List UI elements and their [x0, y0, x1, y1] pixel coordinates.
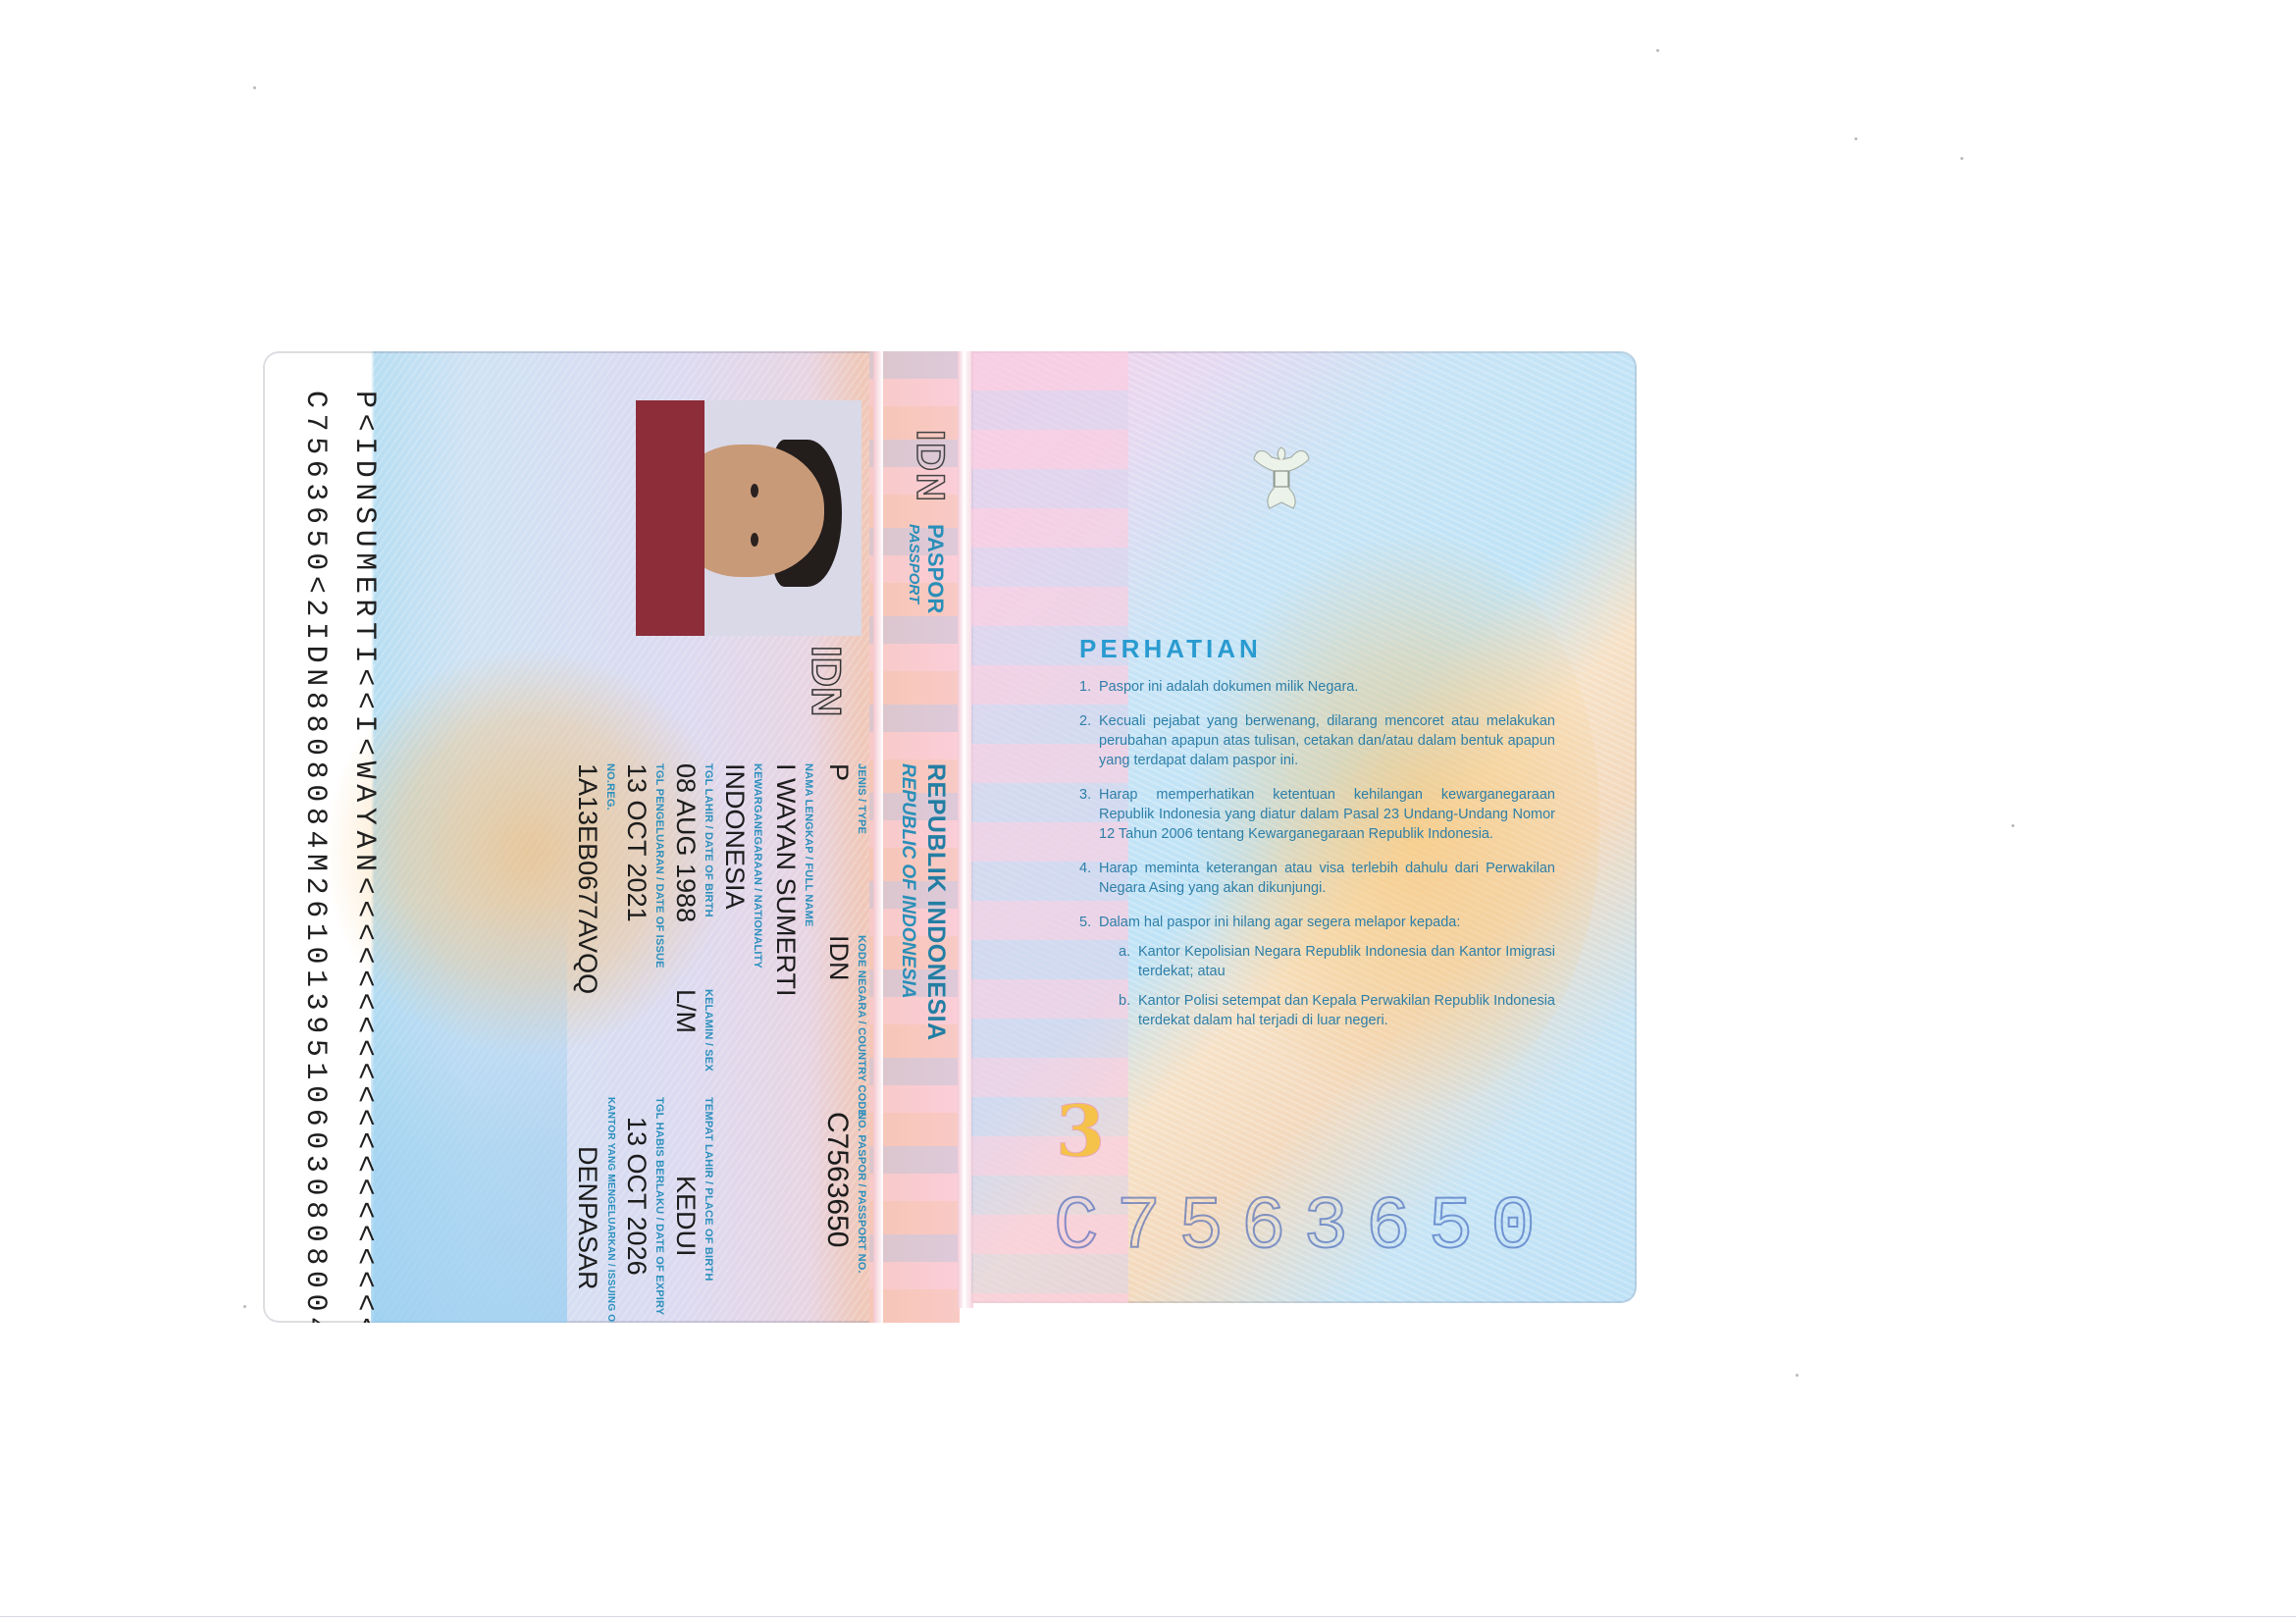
- observation-item: 3. Harap memperhatikan ketentuan kehilan…: [1079, 785, 1555, 844]
- scan-speck: [243, 1305, 246, 1308]
- label-nationality: KEWARGANEGARAAN / NATIONALITY: [752, 763, 763, 969]
- value-country-code: IDN: [823, 935, 854, 981]
- label-country-code: KODE NEGARA / COUNTRY CODE: [856, 935, 867, 1117]
- value-type: P: [823, 763, 854, 781]
- label-sex: KELAMIN / SEX: [703, 989, 714, 1072]
- scan-speck: [2011, 824, 2014, 827]
- observation-item: 2. Kecuali pejabat yang berwenang, dilar…: [1079, 711, 1555, 770]
- watermark-code: IDN: [908, 430, 952, 503]
- item-text: Kecuali pejabat yang berwenang, dilarang…: [1099, 713, 1555, 768]
- observations-page: PERHATIAN 1. Paspor ini adalah dokumen m…: [971, 351, 1637, 1303]
- value-place-of-birth: KEDUI: [670, 1176, 701, 1257]
- photo-shirt: [636, 400, 704, 636]
- item-text: Dalam hal paspor ini hilang agar segera …: [1099, 915, 1460, 930]
- mrz-line-2: C7563650<2IDN8808084M2610139510603080800…: [298, 391, 332, 1323]
- observation-subitem: b. Kantor Polisi setempat dan Kepala Per…: [1099, 991, 1555, 1030]
- item-number: 4.: [1079, 859, 1091, 878]
- item-number: 5.: [1079, 913, 1091, 932]
- photo-eye: [751, 484, 758, 497]
- page-number: 3: [1056, 1089, 1105, 1173]
- observation-item: 5. Dalam hal paspor ini hilang agar sege…: [1079, 913, 1555, 1030]
- scan-speck: [1796, 1374, 1799, 1377]
- garuda-emblem-icon: [1250, 438, 1313, 516]
- label-reg-no: NO.REG.: [604, 763, 616, 811]
- item-number: 3.: [1079, 785, 1091, 805]
- scan-speck: [1854, 137, 1857, 140]
- label-place-of-birth: TEMPAT LAHIR / PLACE OF BIRTH: [703, 1097, 714, 1282]
- item-text: Paspor ini adalah dokumen milik Negara.: [1099, 679, 1358, 695]
- photo-country-code: IDN: [803, 646, 850, 716]
- mrz-line-1: P<IDNSUMERTI<<I<WAYAN<<<<<<<<<<<<<<<<<<<…: [347, 391, 381, 1323]
- value-full-name: I WAYAN SUMERTI: [770, 763, 801, 997]
- document-type-subtitle: PASSPORT: [906, 524, 922, 603]
- value-passport-no: C7563650: [820, 1112, 854, 1247]
- value-issuing-office: DENPASAR: [572, 1146, 602, 1290]
- item-number: 1.: [1079, 677, 1091, 697]
- label-date-of-expiry: TGL HABIS BERLAKU / DATE OF EXPIRY: [653, 1097, 665, 1315]
- holder-photo: [636, 400, 861, 636]
- observations-list: 1. Paspor ini adalah dokumen milik Negar…: [1079, 677, 1555, 1045]
- scan-edge-line: [0, 1616, 2296, 1617]
- label-full-name: NAMA LENGKAP / FULL NAME: [803, 763, 814, 927]
- photo-eye: [751, 533, 758, 547]
- scan-speck: [1656, 49, 1659, 52]
- scan-speck: [1960, 157, 1963, 160]
- value-date-of-expiry: 13 OCT 2026: [621, 1117, 652, 1276]
- value-date-of-birth: 08 AUG 1988: [670, 763, 701, 922]
- label-date-of-birth: TGL LAHIR / DATE OF BIRTH: [703, 763, 714, 917]
- label-type: JENIS / TYPE: [856, 763, 867, 834]
- observation-item: 1. Paspor ini adalah dokumen milik Negar…: [1079, 677, 1555, 697]
- subitem-letter: a.: [1119, 942, 1130, 962]
- passport-booklet: IDN PASPOR PASSPORT REPUBLIK INDONESIA R…: [263, 351, 1637, 1323]
- scan-speck: [253, 86, 256, 89]
- label-passport-no: NO. PASPOR / PASSPORT NO.: [856, 1112, 867, 1274]
- observation-subitem: a. Kantor Kepolisian Negara Republik Ind…: [1099, 942, 1555, 981]
- guilloche-background: [371, 901, 567, 1323]
- issuing-country-subtitle: REPUBLIC OF INDONESIA: [897, 763, 918, 999]
- item-text: Harap meminta keterangan atau visa terle…: [1099, 861, 1555, 896]
- issuing-country-title: REPUBLIK INDONESIA: [921, 763, 950, 1041]
- subitem-text: Kantor Polisi setempat dan Kepala Perwak…: [1138, 993, 1555, 1028]
- subitem-letter: b.: [1119, 991, 1130, 1011]
- document-type-title: PASPOR: [922, 524, 948, 613]
- value-nationality: INDONESIA: [719, 763, 750, 910]
- observations-heading: PERHATIAN: [1079, 634, 1262, 664]
- value-reg-no: 1A13EB0677AVQQ: [572, 763, 602, 994]
- page-gutter: [873, 351, 883, 1323]
- value-sex: L/M: [670, 989, 701, 1033]
- value-date-of-issue: 13 OCT 2021: [621, 763, 652, 922]
- subitem-text: Kantor Kepolisian Negara Republik Indone…: [1138, 944, 1555, 979]
- data-page-content: IDN PASPOR PASSPORT REPUBLIK INDONESIA R…: [263, 351, 960, 1323]
- data-page: IDN PASPOR PASSPORT REPUBLIK INDONESIA R…: [263, 351, 960, 1323]
- label-date-of-issue: TGL PENGELUARAN / DATE OF ISSUE: [653, 763, 665, 969]
- label-issuing-office: KANTOR YANG MENGELUARKAN / ISSUING OFFIC…: [605, 1097, 616, 1323]
- observation-item: 4. Harap meminta keterangan atau visa te…: [1079, 859, 1555, 898]
- item-number: 2.: [1079, 711, 1091, 731]
- perforated-passport-number: C7563650: [1054, 1185, 1553, 1270]
- item-text: Harap memperhatikan ketentuan kehilangan…: [1099, 787, 1555, 842]
